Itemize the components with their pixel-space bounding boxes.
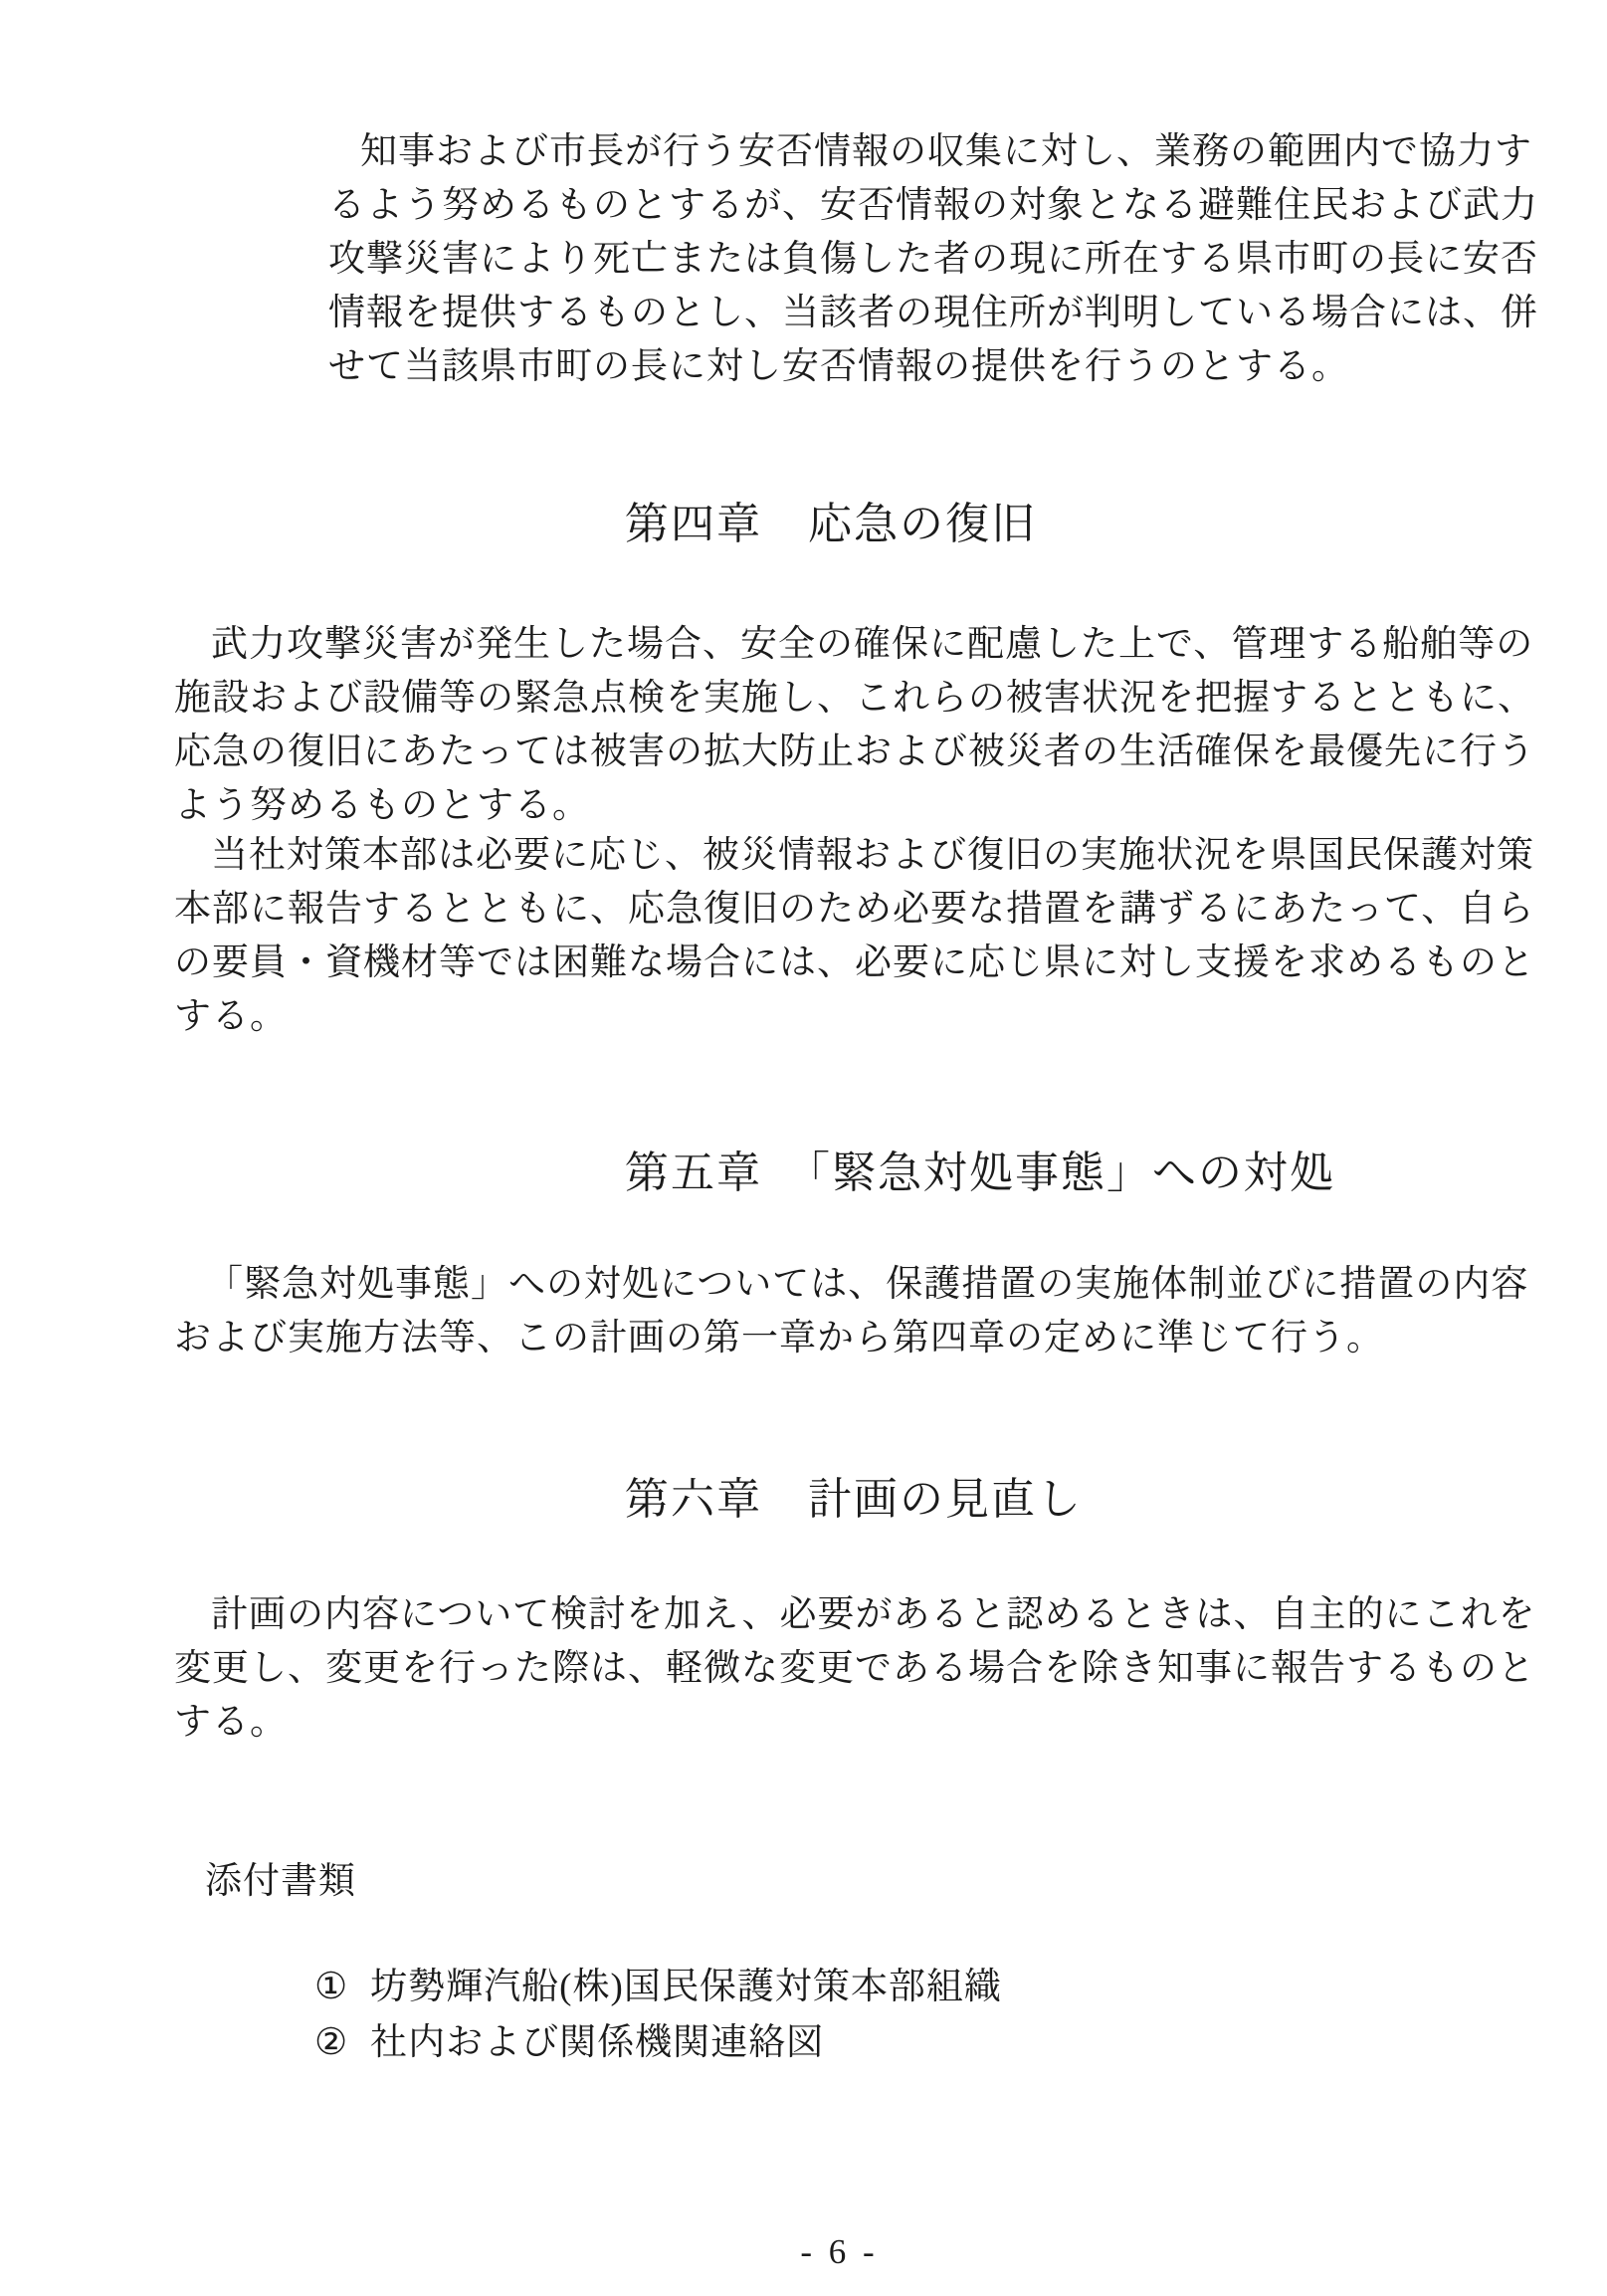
chapter-4-paragraph-2: 当社対策本部は必要に応じ、被災情報および復旧の実施状況を県国民保護対策 本部に報… (174, 829, 1535, 1044)
text-line: よう努めるものとする。 (174, 779, 1535, 833)
chapter-5-heading: 第五章 「緊急対処事態」への対処 (625, 1147, 1335, 1200)
text-line: する。 (174, 990, 1535, 1044)
text-line: 変更し、変更を行った際は、軽微な変更である場合を除き知事に報告するものと (174, 1642, 1535, 1696)
chapter-6-paragraph-1: 計画の内容について検討を加え、必要があると認めるときは、自主的にこれを 変更し、… (174, 1588, 1535, 1750)
text-line: 知事および市長が行う安否情報の収集に対し、業務の範囲内で協力す (328, 125, 1538, 179)
document-page: 知事および市長が行う安否情報の収集に対し、業務の範囲内で協力す るよう努めるもの… (0, 0, 1607, 2296)
chapter-4-paragraph-1: 武力攻撃災害が発生した場合、安全の確保に配慮した上で、管理する船舶等の 施設およ… (174, 618, 1535, 833)
attachment-item-text: 社内および関係機関連絡図 (370, 2022, 824, 2063)
text-line: 情報を提供するものとし、当該者の現住所が判明している場合には、併 (328, 287, 1538, 340)
circled-number-1: ① (314, 1967, 348, 2007)
text-line: 武力攻撃災害が発生した場合、安全の確保に配慮した上で、管理する船舶等の (174, 618, 1535, 672)
text-line: する。 (174, 1696, 1535, 1750)
text-line: 当社対策本部は必要に応じ、被災情報および復旧の実施状況を県国民保護対策 (174, 829, 1535, 883)
attachment-item-2: ②社内および関係機関連絡図 (314, 2015, 824, 2071)
attachments-label: 添付書類 (205, 1855, 356, 1909)
chapter-5-paragraph-1: 「緊急対処事態」への対処については、保護措置の実施体制並びに措置の内容 および実… (174, 1258, 1528, 1365)
text-line: 「緊急対処事態」への対処については、保護措置の実施体制並びに措置の内容 (174, 1258, 1528, 1312)
text-line: 応急の復旧にあたっては被害の拡大防止および被災者の生活確保を最優先に行う (174, 726, 1535, 779)
text-line: 計画の内容について検討を加え、必要があると認めるときは、自主的にこれを (174, 1588, 1535, 1642)
text-line: るよう努めるものとするが、安否情報の対象となる避難住民および武力 (328, 179, 1538, 233)
attachment-item-1: ①坊勢輝汽船(株)国民保護対策本部組織 (314, 1960, 1002, 2015)
text-line: 攻撃災害により死亡または負傷した者の現に所在する県市町の長に安否 (328, 233, 1538, 287)
circled-number-2: ② (314, 2022, 348, 2063)
text-line: せて当該県市町の長に対し安否情報の提供を行うのとする。 (328, 340, 1538, 394)
page-number: - 6 - (36, 2230, 1607, 2274)
text-line: および実施方法等、この計画の第一章から第四章の定めに準じて行う。 (174, 1312, 1528, 1365)
attachment-item-text: 坊勢輝汽船(株)国民保護対策本部組織 (370, 1967, 1002, 2007)
text-line: 本部に報告するとともに、応急復旧のため必要な措置を講ずるにあたって、自ら (174, 883, 1535, 937)
chapter-4-heading: 第四章 応急の復旧 (625, 498, 1037, 551)
intro-paragraph: 知事および市長が行う安否情報の収集に対し、業務の範囲内で協力す るよう努めるもの… (328, 125, 1538, 394)
chapter-6-heading: 第六章 計画の見直し (625, 1473, 1083, 1527)
text-line: 施設および設備等の緊急点検を実施し、これらの被害状況を把握するとともに、 (174, 672, 1535, 726)
text-line: の要員・資機材等では困難な場合には、必要に応じ県に対し支援を求めるものと (174, 937, 1535, 990)
